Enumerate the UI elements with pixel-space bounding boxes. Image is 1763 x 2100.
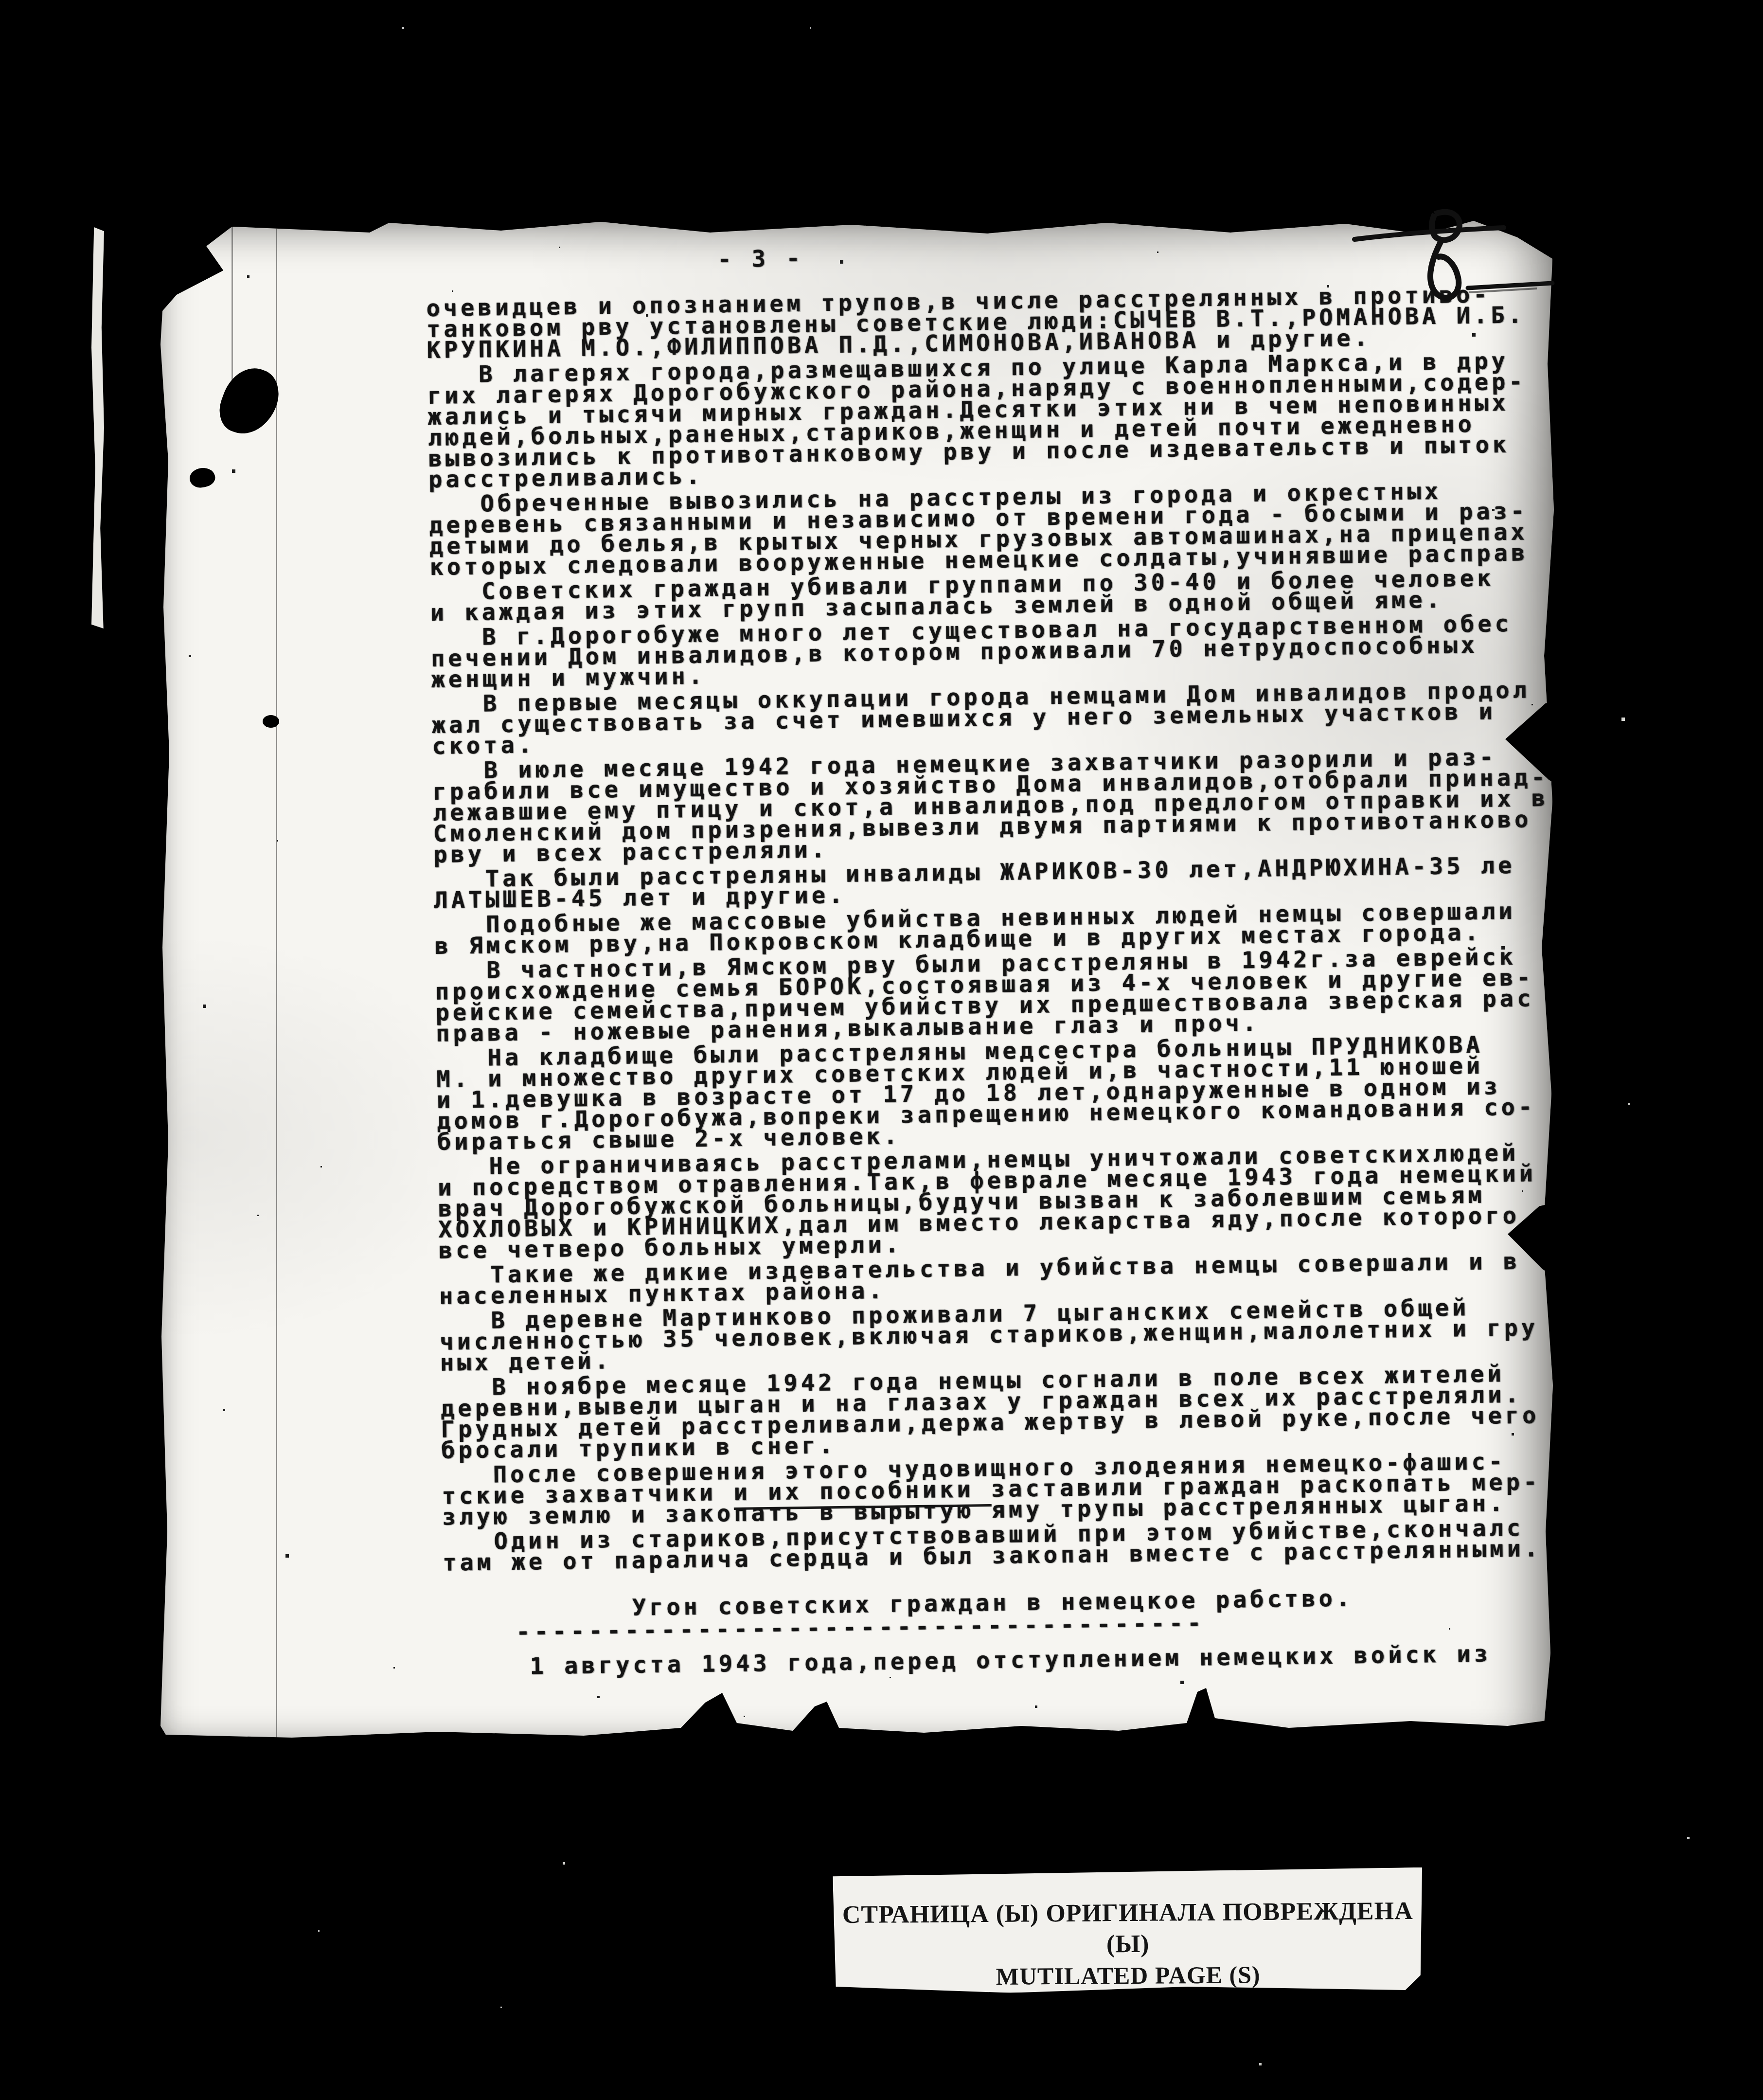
- ink-blot: [263, 715, 279, 728]
- scanned-document-screenshot: { "colors": { "background": "#000000", "…: [0, 0, 1763, 2100]
- fold-line: [232, 222, 233, 382]
- mutilated-page-stamp: СТРАНИЦА (Ы) ОРИГИНАЛА ПОВРЕЖДЕНА (Ы) MU…: [833, 1867, 1423, 1994]
- typewritten-text: - 3 - очевидцев и опознанием трупов,в чи…: [426, 238, 1577, 1678]
- stamp-text-english: MUTILATED PAGE (S): [833, 1958, 1423, 1993]
- handwritten-mark: [1313, 204, 1566, 350]
- stamp-text-russian: СТРАНИЦА (Ы) ОРИГИНАЛА ПОВРЕЖДЕНА (Ы): [833, 1896, 1423, 1962]
- adjacent-page-edge: [91, 227, 104, 628]
- background-specks: [0, 0, 0, 0]
- text-line: 1 августа 1943 года,перед отступлением н…: [444, 1642, 1577, 1678]
- document-page: - 3 - очевидцев и опознанием трупов,в чи…: [160, 218, 1554, 1750]
- fold-line: [276, 228, 277, 1741]
